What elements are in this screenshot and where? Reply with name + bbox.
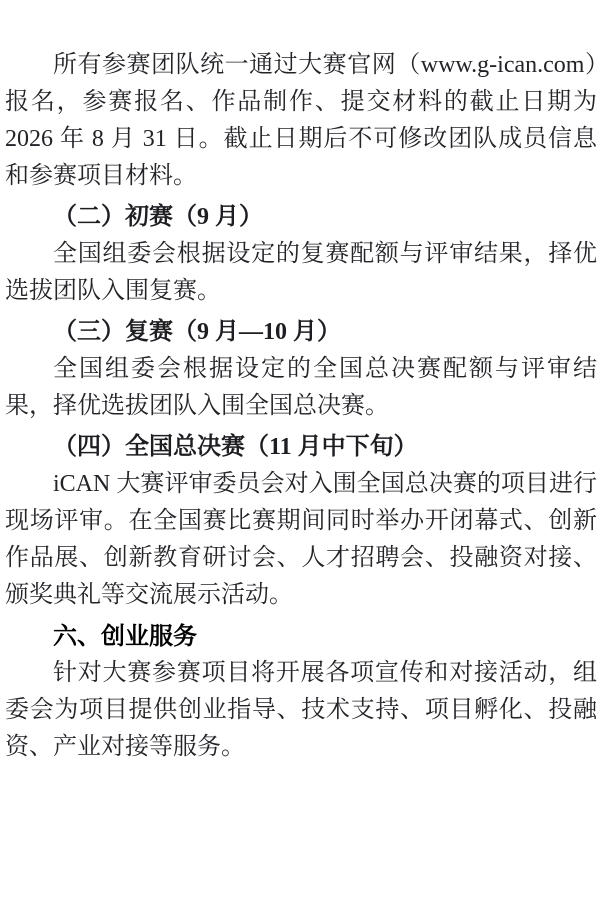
- section-heading-national-final: （四）全国总决赛（11 月中下旬）: [5, 429, 597, 466]
- paragraph-preliminary-round: 全国组委会根据设定的复赛配额与评审结果，择优选拔团队入围复赛。: [5, 236, 597, 310]
- paragraph-entrepreneurship-services: 针对大赛参赛项目将开展各项宣传和对接活动，组委会为项目提供创业指导、技术支持、项…: [5, 655, 597, 766]
- paragraph-registration-deadline: 所有参赛团队统一通过大赛官网（www.g-ican.com）报名，参赛报名、作品…: [5, 47, 597, 195]
- section-heading-entrepreneurship-services: 六、创业服务: [5, 618, 597, 655]
- document-page: 所有参赛团队统一通过大赛官网（www.g-ican.com）报名，参赛报名、作品…: [0, 0, 603, 908]
- section-heading-preliminary-round: （二）初赛（9 月）: [5, 199, 597, 236]
- section-heading-semifinal-round: （三）复赛（9 月—10 月）: [5, 314, 597, 351]
- paragraph-national-final: iCAN 大赛评审委员会对入围全国总决赛的项目进行现场评审。在全国赛比赛期间同时…: [5, 466, 597, 614]
- paragraph-semifinal-round: 全国组委会根据设定的全国总决赛配额与评审结果，择优选拔团队入围全国总决赛。: [5, 351, 597, 425]
